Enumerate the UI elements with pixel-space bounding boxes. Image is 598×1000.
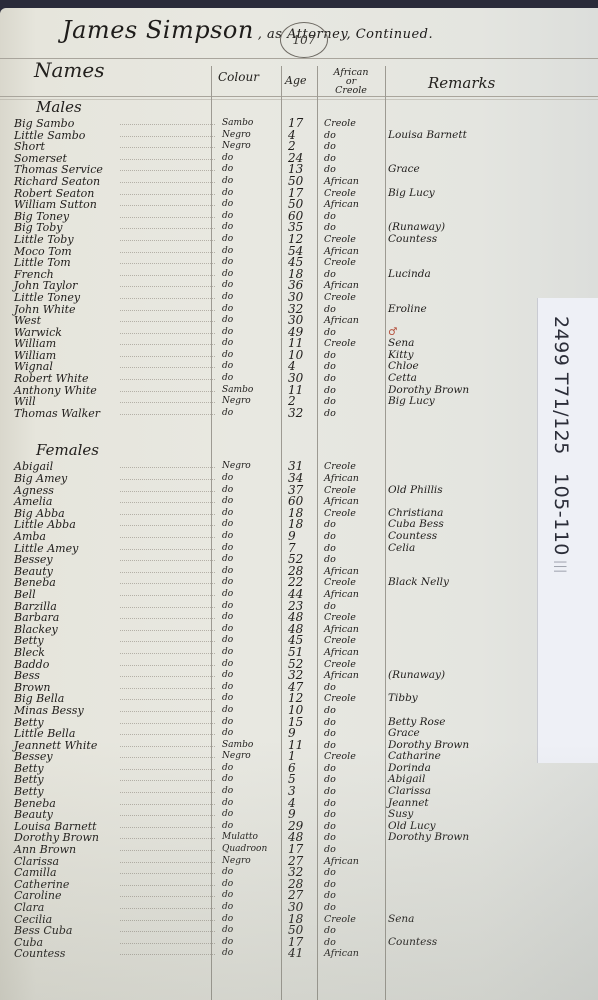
leader-dots — [120, 688, 215, 689]
person-name: Bell — [14, 589, 36, 601]
leader-dots — [120, 479, 215, 480]
leader-dots — [120, 491, 215, 492]
colour-cell: do — [222, 164, 233, 176]
leader-dots — [120, 862, 215, 863]
leader-dots — [120, 723, 215, 724]
column-header-remarks: Remarks — [428, 74, 495, 92]
origin-cell: African — [324, 566, 359, 578]
colour-cell: do — [222, 257, 233, 269]
origin-cell: African — [324, 856, 359, 868]
table-row: Richard Seatondo50African — [0, 176, 540, 188]
colour-cell: Sambo — [222, 118, 253, 130]
table-row: Big Abbado18CreoleChristiana — [0, 508, 540, 520]
leader-dots — [120, 170, 215, 171]
origin-cell: Creole — [324, 485, 356, 497]
colour-cell: do — [222, 519, 233, 531]
person-name: Big Sambo — [14, 118, 74, 130]
colour-cell: do — [222, 280, 233, 292]
table-row: Agnessdo37CreoleOld Phillis — [0, 485, 540, 497]
remarks-cell: Celia — [388, 543, 415, 555]
table-row: Ambado9doCountess — [0, 531, 540, 543]
table-row: Little Abbado18doCuba Bess — [0, 519, 540, 531]
origin-cell: do — [324, 728, 336, 740]
person-name: Little Toby — [14, 234, 74, 246]
colour-cell: do — [222, 670, 233, 682]
leader-dots — [120, 344, 215, 345]
leader-dots — [120, 367, 215, 368]
leader-dots — [120, 414, 215, 415]
leader-dots — [120, 896, 215, 897]
remarks-cell: Big Lucy — [388, 396, 435, 408]
table-row: Big Toneydo60do — [0, 211, 540, 223]
colour-cell: do — [222, 589, 233, 601]
table-row: Besseydo52do — [0, 554, 540, 566]
column-header-colour: Colour — [218, 70, 259, 84]
origin-cell: Creole — [324, 693, 356, 705]
table-row: Anthony WhiteSambo11doDorothy Brown — [0, 385, 540, 397]
origin-cell: African — [324, 246, 359, 258]
origin-cell: do — [324, 890, 336, 902]
leader-dots — [120, 850, 215, 851]
colour-cell: do — [222, 222, 233, 234]
table-row: Catherinedo28do — [0, 879, 540, 891]
origin-cell: African — [324, 647, 359, 659]
person-name: Amba — [14, 531, 46, 543]
owner-name: James Simpson — [62, 16, 254, 44]
remarks-cell: Louisa Barnett — [388, 130, 467, 142]
leader-dots — [120, 815, 215, 816]
colour-cell: Negro — [222, 141, 251, 153]
origin-cell: African — [324, 624, 359, 636]
person-name: Clara — [14, 902, 44, 914]
leader-dots — [120, 333, 215, 334]
table-row: Warwickdo49do♂ — [0, 327, 540, 339]
leader-dots — [120, 699, 215, 700]
table-row: Barzillado23do — [0, 601, 540, 613]
origin-cell: African — [324, 496, 359, 508]
colour-cell: do — [222, 531, 233, 543]
colour-cell: do — [222, 361, 233, 373]
leader-dots — [120, 467, 215, 468]
leader-dots — [120, 618, 215, 619]
origin-cell: do — [324, 153, 336, 165]
age-cell: 32 — [288, 408, 303, 420]
leader-dots — [120, 595, 215, 596]
table-row: Beautydo28African — [0, 566, 540, 578]
origin-cell: Creole — [324, 257, 356, 269]
origin-cell: Creole — [324, 635, 356, 647]
colour-cell: do — [222, 601, 233, 613]
leader-dots — [120, 502, 215, 503]
colour-cell: do — [222, 937, 233, 949]
colour-cell: do — [222, 496, 233, 508]
leader-dots — [120, 665, 215, 666]
remarks-cell: Dorothy Brown — [388, 832, 469, 844]
colour-cell: do — [222, 925, 233, 937]
colour-cell: do — [222, 902, 233, 914]
page-title: James Simpson, as Attorney, Continued. — [62, 16, 433, 44]
table-row: Little Ameydo7doCelia — [0, 543, 540, 555]
table-row: Baddodo52Creole — [0, 659, 540, 671]
leader-dots — [120, 356, 215, 357]
table-row: William Suttondo50African — [0, 199, 540, 211]
person-name: Big Amey — [14, 473, 67, 485]
column-header-names: Names — [34, 58, 105, 82]
leader-dots — [120, 757, 215, 758]
table-row: BesseyNegro1CreoleCatharine — [0, 751, 540, 763]
person-name: Thomas Walker — [14, 408, 100, 420]
colour-cell: do — [222, 176, 233, 188]
origin-cell: do — [324, 902, 336, 914]
colour-cell: do — [222, 705, 233, 717]
leader-dots — [120, 286, 215, 287]
colour-cell: Negro — [222, 396, 251, 408]
colour-cell: do — [222, 304, 233, 316]
origin-cell: do — [324, 269, 336, 281]
origin-cell: African — [324, 280, 359, 292]
leader-dots — [120, 827, 215, 828]
table-row: Williamdo10doKitty — [0, 350, 540, 362]
leader-dots — [120, 676, 215, 677]
colour-cell: do — [222, 269, 233, 281]
table-row: Bettydo5doAbigail — [0, 774, 540, 786]
leader-dots — [120, 263, 215, 264]
colour-cell: do — [222, 246, 233, 258]
origin-cell: African — [324, 315, 359, 327]
person-name: William Sutton — [14, 199, 97, 211]
remarks-cell: Lucinda — [388, 269, 431, 281]
table-row: Belldo44African — [0, 589, 540, 601]
leader-dots — [120, 734, 215, 735]
table-row: Countessdo41African — [0, 948, 540, 960]
colour-cell: do — [222, 635, 233, 647]
person-name: West — [14, 315, 41, 327]
table-row: Frenchdo18doLucinda — [0, 269, 540, 281]
person-name: Little Bella — [14, 728, 75, 740]
colour-cell: Sambo — [222, 385, 253, 397]
leader-dots — [120, 908, 215, 909]
origin-cell: do — [324, 361, 336, 373]
remarks-cell: Grace — [388, 728, 420, 740]
colour-cell: do — [222, 763, 233, 775]
origin-cell: Creole — [324, 461, 356, 473]
origin-cell: do — [324, 601, 336, 613]
origin-cell: do — [324, 519, 336, 531]
origin-cell: do — [324, 350, 336, 362]
colour-cell: do — [222, 508, 233, 520]
colour-cell: do — [222, 774, 233, 786]
leader-dots — [120, 159, 215, 160]
table-row: Bleckdo51African — [0, 647, 540, 659]
table-row: Dorothy BrownMulatto48doDorothy Brown — [0, 832, 540, 844]
origin-cell: do — [324, 937, 336, 949]
leader-dots — [120, 205, 215, 206]
remarks-cell: (Runaway) — [388, 670, 445, 682]
origin-cell: do — [324, 396, 336, 408]
archive-reference-label: 2499 T71/125105-110||| — [537, 298, 598, 763]
origin-cell: Creole — [324, 914, 356, 926]
table-row: John Whitedo32doEroline — [0, 304, 540, 316]
person-name: Barbara — [14, 612, 59, 624]
person-name: Richard Seaton — [14, 176, 100, 188]
leader-dots — [120, 298, 215, 299]
origin-cell: African — [324, 948, 359, 960]
origin-cell: do — [324, 164, 336, 176]
origin-cell: Creole — [324, 577, 356, 589]
register-table: MalesBig SamboSambo17CreoleLittle SamboN… — [0, 96, 540, 960]
leader-dots — [120, 252, 215, 253]
table-row: Barbarado48Creole — [0, 612, 540, 624]
leader-dots — [120, 549, 215, 550]
table-row: Jeannett WhiteSambo11doDorothy Brown — [0, 740, 540, 752]
colour-cell: do — [222, 717, 233, 729]
colour-cell: do — [222, 408, 233, 420]
archive-tick-marks: ||| — [554, 560, 568, 574]
colour-cell: do — [222, 373, 233, 385]
table-row: Little Toneydo30Creole — [0, 292, 540, 304]
table-row: Bess Cubado50do — [0, 925, 540, 937]
section-heading: Females — [0, 439, 540, 461]
origin-cell: Creole — [324, 188, 356, 200]
remarks-cell: Cetta — [388, 373, 417, 385]
table-row: Little Bellado9doGrace — [0, 728, 540, 740]
table-row: Bettydo6doDorinda — [0, 763, 540, 775]
table-row: Robert Whitedo30doCetta — [0, 373, 540, 385]
origin-cell: do — [324, 130, 336, 142]
table-row: Little Tomdo45Creole — [0, 257, 540, 269]
table-row: Ameliado60African — [0, 496, 540, 508]
section-spacer — [0, 419, 540, 439]
origin-cell: do — [324, 774, 336, 786]
colour-cell: do — [222, 338, 233, 350]
origin-cell: African — [324, 176, 359, 188]
remarks-cell: Countess — [388, 531, 437, 543]
age-cell: 41 — [288, 948, 303, 960]
origin-cell: do — [324, 373, 336, 385]
origin-cell: do — [324, 717, 336, 729]
column-header-origin: African or Creole — [322, 68, 380, 95]
leader-dots — [120, 228, 215, 229]
leader-dots — [120, 630, 215, 631]
person-name: Countess — [14, 948, 65, 960]
leader-dots — [120, 838, 215, 839]
person-name: Little Toney — [14, 292, 80, 304]
colour-cell: do — [222, 612, 233, 624]
leader-dots — [120, 537, 215, 538]
leader-dots — [120, 391, 215, 392]
origin-cell: Creole — [324, 659, 356, 671]
leader-dots — [120, 920, 215, 921]
table-row: Ann BrownQuadroon17do — [0, 844, 540, 856]
origin-cell: do — [324, 879, 336, 891]
archive-folios: 105-110 — [550, 473, 572, 556]
origin-cell: do — [324, 531, 336, 543]
origin-cell: African — [324, 199, 359, 211]
person-name: Minas Bessy — [14, 705, 84, 717]
colour-cell: Sambo — [222, 740, 253, 752]
leader-dots — [120, 217, 215, 218]
table-row: Blackeydo48African — [0, 624, 540, 636]
leader-dots — [120, 607, 215, 608]
remarks-cell: Countess — [388, 234, 437, 246]
leader-dots — [120, 572, 215, 573]
table-row: Little SamboNegro4doLouisa Barnett — [0, 130, 540, 142]
leader-dots — [120, 885, 215, 886]
table-row: Westdo30African — [0, 315, 540, 327]
colour-cell: do — [222, 809, 233, 821]
table-row: Benebado4doJeannet — [0, 798, 540, 810]
person-name: Little Tom — [14, 257, 71, 269]
leader-dots — [120, 194, 215, 195]
leader-dots — [120, 321, 215, 322]
colour-cell: do — [222, 659, 233, 671]
table-row: Bettydo15doBetty Rose — [0, 717, 540, 729]
colour-cell: do — [222, 327, 233, 339]
table-row: Benebado22CreoleBlack Nelly — [0, 577, 540, 589]
origin-cell: African — [324, 589, 359, 601]
leader-dots — [120, 136, 215, 137]
colour-cell: do — [222, 728, 233, 740]
origin-cell: African — [324, 473, 359, 485]
remarks-cell: Eroline — [388, 304, 427, 316]
remarks-cell: Sena — [388, 914, 414, 926]
table-row: Little Tobydo12CreoleCountess — [0, 234, 540, 246]
column-header-age: Age — [285, 74, 307, 87]
table-row: Camillado32do — [0, 867, 540, 879]
leader-dots — [120, 310, 215, 311]
table-row: Big SamboSambo17Creole — [0, 118, 540, 130]
origin-cell: do — [324, 211, 336, 223]
colour-cell: do — [222, 153, 233, 165]
colour-cell: do — [222, 821, 233, 833]
colour-cell: Negro — [222, 856, 251, 868]
table-row: Clarado30do — [0, 902, 540, 914]
remarks-cell: Clarissa — [388, 786, 431, 798]
leader-dots — [120, 954, 215, 955]
colour-cell: do — [222, 624, 233, 636]
leader-dots — [120, 769, 215, 770]
leader-dots — [120, 240, 215, 241]
table-row: John Taylordo36African — [0, 280, 540, 292]
leader-dots — [120, 275, 215, 276]
table-row: Big Ameydo34African — [0, 473, 540, 485]
colour-cell: do — [222, 234, 233, 246]
leader-dots — [120, 147, 215, 148]
origin-cell: do — [324, 682, 336, 694]
leader-dots — [120, 182, 215, 183]
section-label-0: Males — [36, 96, 82, 118]
archive-reference-text: 2499 T71/125105-110||| — [550, 316, 572, 573]
origin-cell: Creole — [324, 338, 356, 350]
origin-cell: do — [324, 222, 336, 234]
table-row: Bessdo32African(Runaway) — [0, 670, 540, 682]
table-row: Thomas Walkerdo32do — [0, 408, 540, 420]
origin-cell: do — [324, 705, 336, 717]
leader-dots — [120, 746, 215, 747]
origin-cell: do — [324, 740, 336, 752]
origin-cell: do — [324, 798, 336, 810]
folio-number: 107 — [293, 33, 316, 47]
table-row: Big Tobydo35do(Runaway) — [0, 222, 540, 234]
leader-dots — [120, 525, 215, 526]
origin-cell: do — [324, 408, 336, 420]
table-row: Carolinedo27do — [0, 890, 540, 902]
colour-cell: do — [222, 647, 233, 659]
leader-dots — [120, 873, 215, 874]
remarks-cell: Black Nelly — [388, 577, 449, 589]
table-row: Bettydo45Creole — [0, 635, 540, 647]
table-row: Browndo47do — [0, 682, 540, 694]
colour-cell: do — [222, 879, 233, 891]
colour-cell: do — [222, 473, 233, 485]
colour-cell: do — [222, 798, 233, 810]
origin-cell: do — [324, 385, 336, 397]
person-name: Ann Brown — [14, 844, 76, 856]
colour-cell: do — [222, 948, 233, 960]
leader-dots — [120, 943, 215, 944]
colour-cell: do — [222, 315, 233, 327]
colour-cell: do — [222, 693, 233, 705]
colour-cell: do — [222, 554, 233, 566]
origin-cell: Creole — [324, 234, 356, 246]
leader-dots — [120, 514, 215, 515]
ledger-page: James Simpson, as Attorney, Continued. 1… — [0, 8, 598, 1000]
origin-cell: do — [324, 763, 336, 775]
leader-dots — [120, 560, 215, 561]
origin-cell: do — [324, 304, 336, 316]
origin-cell: Creole — [324, 612, 356, 624]
origin-header-line3: Creole — [322, 86, 380, 95]
remarks-cell: Old Phillis — [388, 485, 443, 497]
origin-cell: Creole — [324, 292, 356, 304]
colour-cell: do — [222, 485, 233, 497]
colour-cell: Negro — [222, 751, 251, 763]
table-row: Williamdo11CreoleSena — [0, 338, 540, 350]
table-row: ClarissaNegro27African — [0, 856, 540, 868]
origin-cell: Creole — [324, 508, 356, 520]
origin-cell: African — [324, 670, 359, 682]
archive-piece: 2499 T71/125 — [550, 316, 572, 455]
origin-cell: do — [324, 554, 336, 566]
leader-dots — [120, 379, 215, 380]
table-row: ShortNegro2do — [0, 141, 540, 153]
colour-cell: do — [222, 867, 233, 879]
colour-cell: do — [222, 914, 233, 926]
table-row: AbigailNegro31Creole — [0, 461, 540, 473]
section-label-1: Females — [36, 439, 99, 461]
section-heading: Males — [0, 96, 540, 118]
origin-cell: do — [324, 543, 336, 555]
remarks-cell: Big Lucy — [388, 188, 435, 200]
folio-stamp: 107 — [280, 22, 328, 58]
colour-cell: Negro — [222, 461, 251, 473]
table-row: Cubado17doCountess — [0, 937, 540, 949]
colour-cell: do — [222, 890, 233, 902]
colour-cell: do — [222, 786, 233, 798]
remarks-cell: Tibby — [388, 693, 418, 705]
colour-cell: do — [222, 682, 233, 694]
table-row: Ceciliado18CreoleSena — [0, 914, 540, 926]
origin-cell: do — [324, 925, 336, 937]
person-name: Bess — [14, 670, 40, 682]
remarks-cell: Grace — [388, 164, 420, 176]
leader-dots — [120, 402, 215, 403]
colour-cell: do — [222, 566, 233, 578]
person-name: Betty — [14, 786, 44, 798]
remarks-cell: Countess — [388, 937, 437, 949]
colour-cell: do — [222, 543, 233, 555]
table-row: Minas Bessydo10do — [0, 705, 540, 717]
